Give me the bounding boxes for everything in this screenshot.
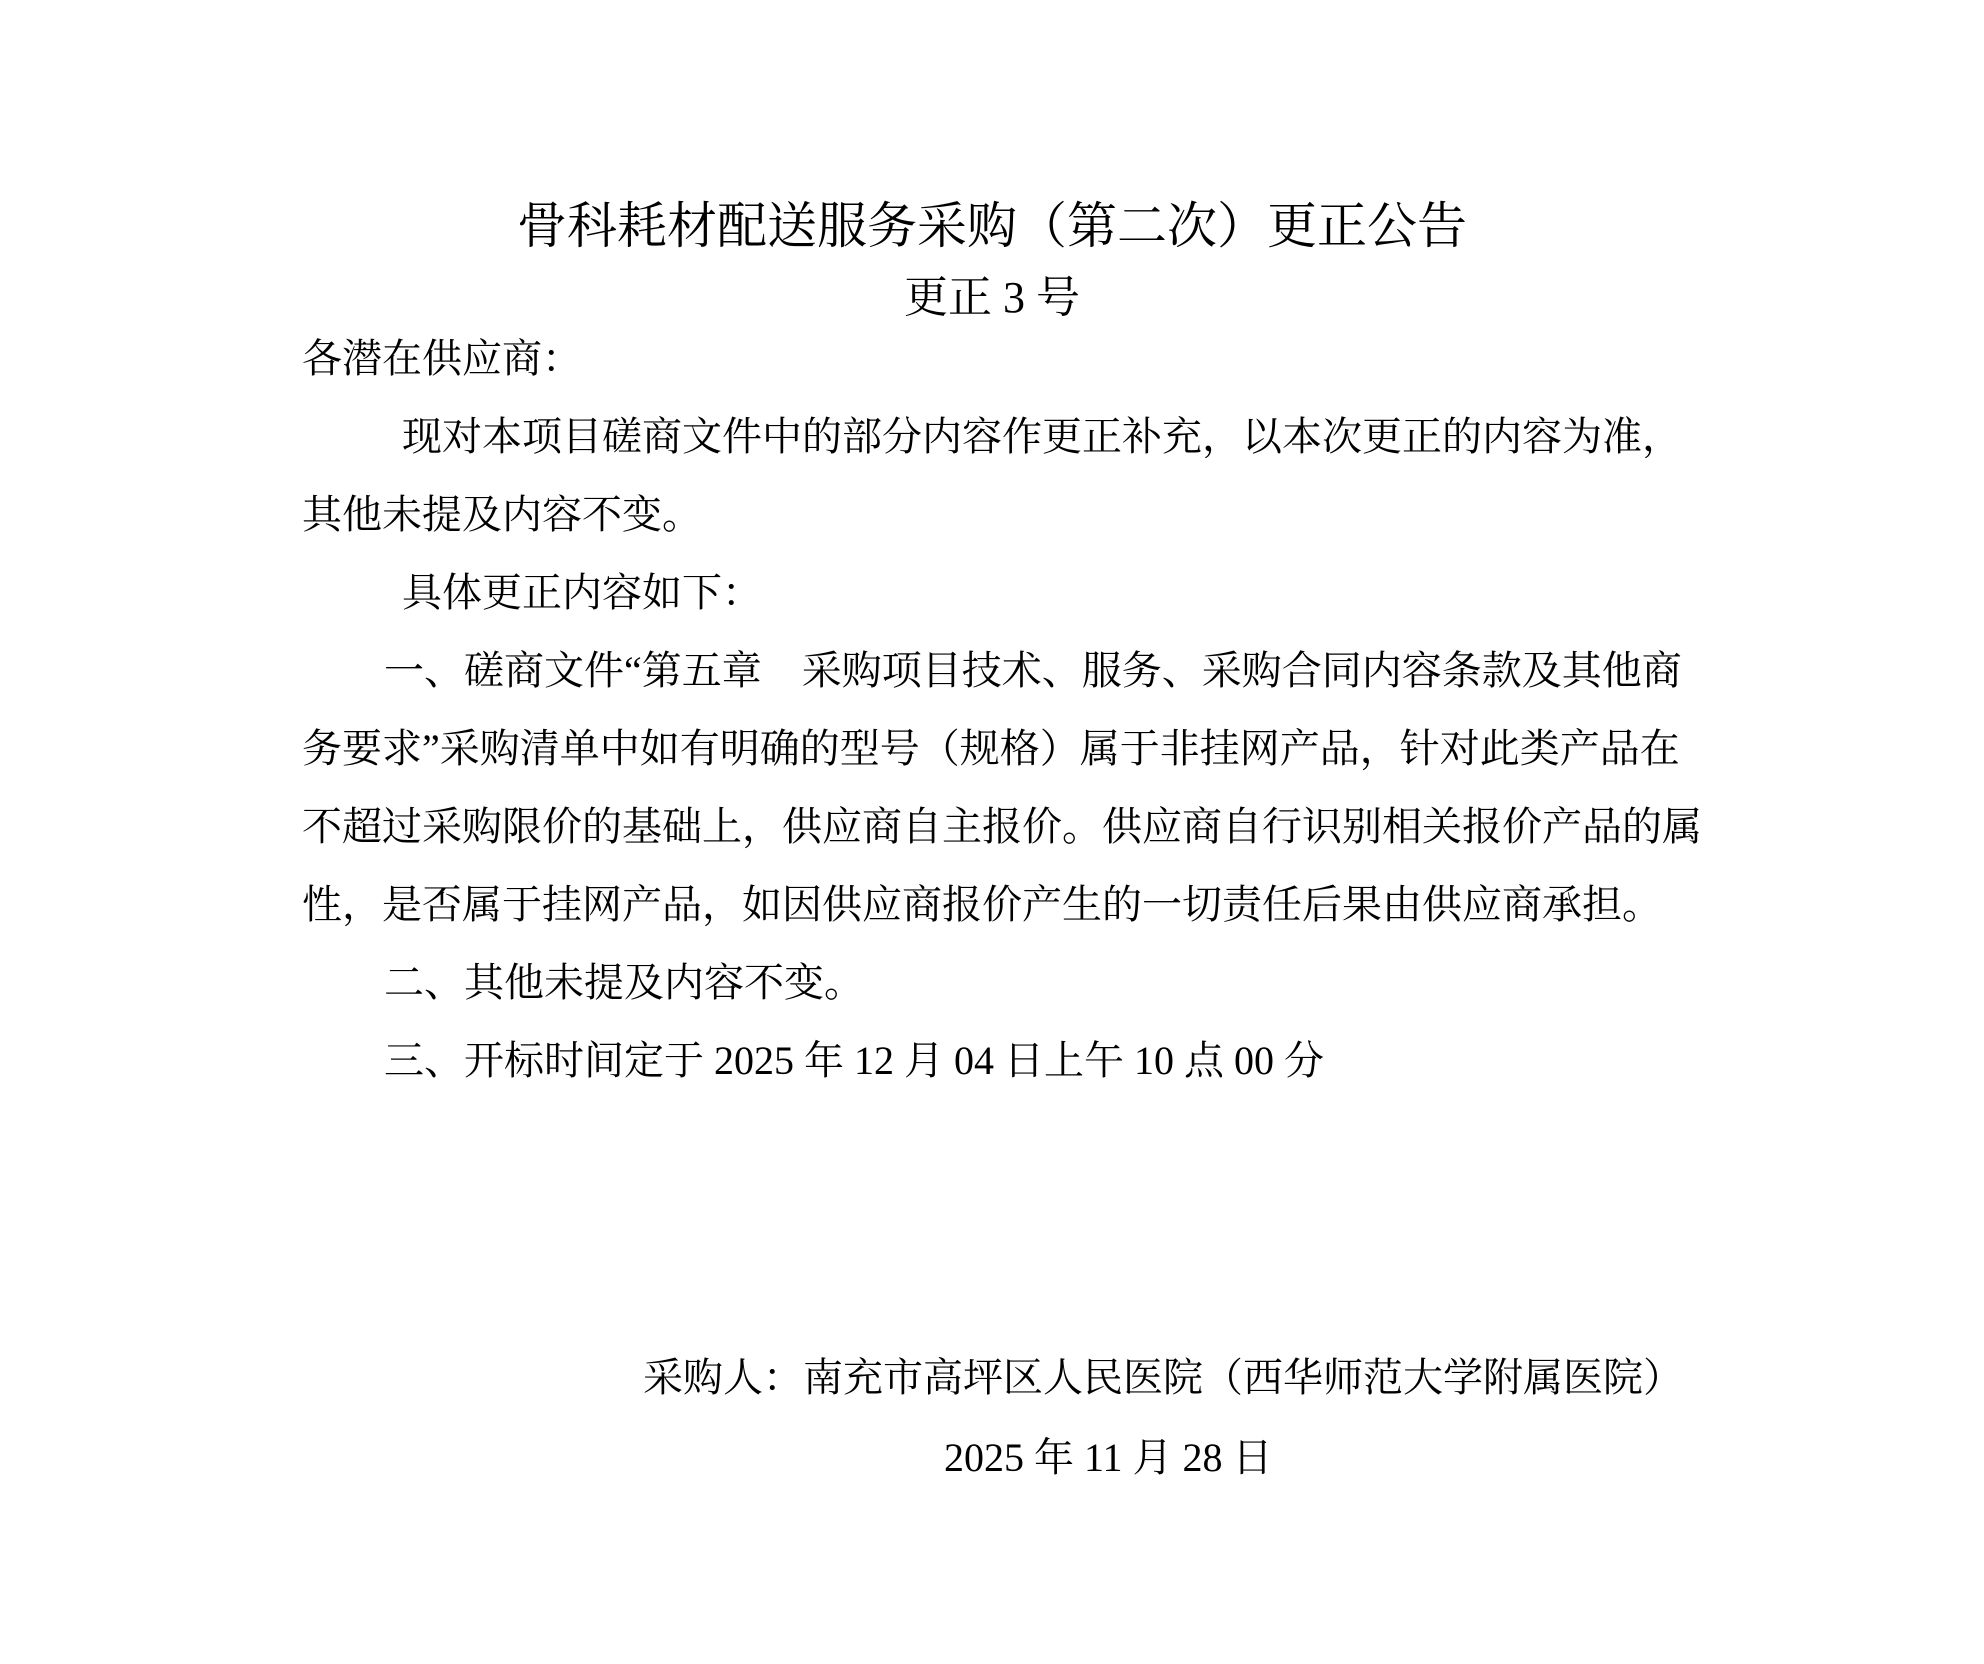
document-subtitle: 更正 3 号 bbox=[0, 261, 1984, 325]
intro-paragraph-line-2: 其他未提及内容不变。 bbox=[302, 476, 1692, 554]
document-page: 骨科耗材配送服务采购（第二次）更正公告 更正 3 号 各潜在供应商： 现对本项目… bbox=[0, 0, 1984, 1664]
salutation-line: 各潜在供应商： bbox=[302, 320, 1692, 398]
item-1-line-4: 性，是否属于挂网产品，如因供应商报价产生的一切责任后果由供应商承担。 bbox=[302, 866, 1692, 944]
document-title: 骨科耗材配送服务采购（第二次）更正公告 bbox=[0, 186, 1984, 258]
item-1-line-1: 一、磋商文件“第五章 采购项目技术、服务、采购合同内容条款及其他商 bbox=[302, 632, 1692, 710]
intro-paragraph-line-1: 现对本项目磋商文件中的部分内容作更正补充，以本次更正的内容为准， bbox=[302, 398, 1692, 476]
buyer-signature-line: 采购人：南充市高坪区人民医院（西华师范大学附属医院） bbox=[643, 1346, 1683, 1403]
item-3-line: 三、开标时间定于 2025 年 12 月 04 日上午 10 点 00 分 bbox=[302, 1022, 1692, 1100]
lead-in-line: 具体更正内容如下： bbox=[302, 554, 1692, 632]
item-2-line: 二、其他未提及内容不变。 bbox=[302, 944, 1692, 1022]
item-1-line-3: 不超过采购限价的基础上，供应商自主报价。供应商自行识别相关报价产品的属 bbox=[302, 788, 1692, 866]
date-line: 2025 年 11 月 28 日 bbox=[944, 1426, 1273, 1483]
document-body: 各潜在供应商： 现对本项目磋商文件中的部分内容作更正补充，以本次更正的内容为准，… bbox=[302, 320, 1692, 1100]
item-1-line-2: 务要求”采购清单中如有明确的型号（规格）属于非挂网产品，针对此类产品在 bbox=[302, 710, 1692, 788]
